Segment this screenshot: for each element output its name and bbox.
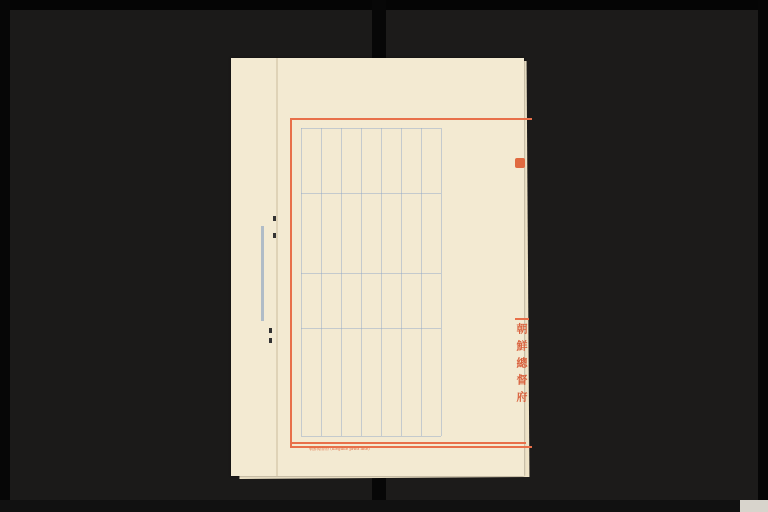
bottom-corner-highlight bbox=[740, 500, 768, 512]
document-page: 朝鮮總督府 朝鮮總督府 (illegible print line) bbox=[231, 58, 524, 476]
binding-fold-line bbox=[276, 58, 278, 476]
frame-left-edge bbox=[0, 0, 10, 512]
binding-hole bbox=[273, 216, 276, 221]
red-seal-fragment bbox=[515, 158, 525, 168]
binding-tape-mark bbox=[261, 226, 264, 321]
red-border-bottom bbox=[290, 442, 526, 444]
frame-right-edge bbox=[758, 0, 768, 512]
footer-print-caption: 朝鮮總督府 (illegible print line) bbox=[309, 446, 370, 452]
binding-hole bbox=[269, 338, 272, 343]
red-title-separator bbox=[515, 318, 529, 320]
faint-table-grid bbox=[301, 128, 441, 436]
vertical-red-title: 朝鮮總督府 bbox=[518, 323, 532, 408]
bottom-strip bbox=[0, 500, 768, 512]
binding-hole bbox=[273, 233, 276, 238]
binding-hole bbox=[269, 328, 272, 333]
